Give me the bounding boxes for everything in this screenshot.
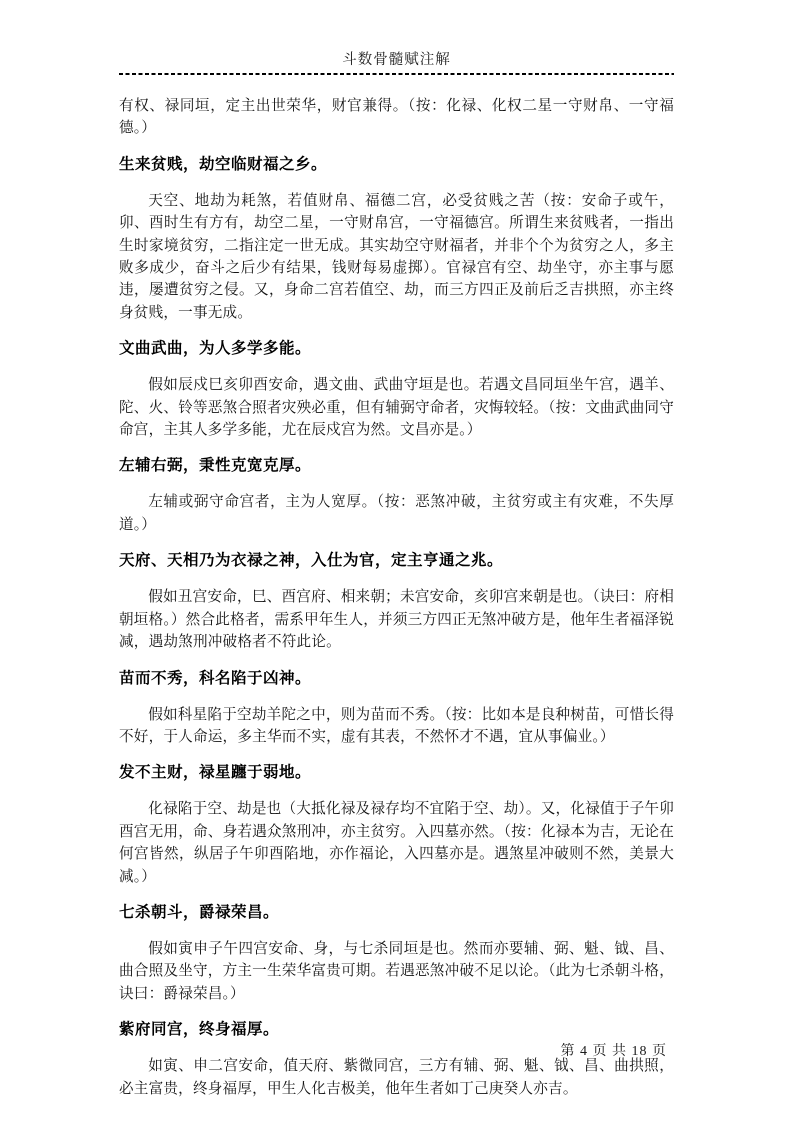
- section-miao-er-bu-xiu: 苗而不秀，科名陷于凶神。 假如科星陷于空劫羊陀之中，则为苗而不秀。（按：比如本是…: [119, 669, 674, 749]
- page-number: 第 4 页 共 18 页: [561, 1040, 668, 1060]
- section-body: 化禄陷于空、劫是也（大抵化禄及禄存均不宜陷于空、劫）。又，化禄值于子午卯酉宫无用…: [119, 798, 674, 888]
- section-tian-fu-tian-xiang: 天府、天相乃为衣禄之神，入仕为官，定主亨通之兆。 假如丑宫安命，巳、酉宫府、相来…: [119, 551, 674, 653]
- section-heading: 紫府同宫，终身福厚。: [119, 1020, 674, 1040]
- section-sheng-lai-pin-jian: 生来贫贱，劫空临财福之乡。 天空、地劫为耗煞，若值财帛、福德二宫，必受贫贱之苦（…: [119, 155, 674, 324]
- section-heading: 文曲武曲，为人多学多能。: [119, 339, 674, 359]
- section-qi-sha-chao-dou: 七杀朝斗，爵禄荣昌。 假如寅申子午四宫安命、身，与七杀同垣是也。然而亦要辅、弼、…: [119, 903, 674, 1005]
- section-heading: 左辅右弼，秉性克宽克厚。: [119, 456, 674, 476]
- section-heading: 天府、天相乃为衣禄之神，入仕为官，定主亨通之兆。: [119, 551, 674, 571]
- section-heading: 苗而不秀，科名陷于凶神。: [119, 669, 674, 689]
- section-fa-bu-zhu-cai: 发不主财，禄星躔于弱地。 化禄陷于空、劫是也（大抵化禄及禄存均不宜陷于空、劫）。…: [119, 763, 674, 888]
- header-title: 斗数骨髓赋注解: [342, 50, 451, 70]
- section-heading: 七杀朝斗，爵禄荣昌。: [119, 903, 674, 923]
- section-body: 假如辰戍巳亥卯酉安命，遇文曲、武曲守垣是也。若遇文昌同垣坐午宫，遇羊、陀、火、铃…: [119, 374, 674, 441]
- document-page: 斗数骨髓赋注解 有权、禄同垣，定主出世荣华，财官兼得。（按：化禄、化权二星一守财…: [0, 0, 793, 1122]
- section-body: 假如丑宫安命，巳、酉宫府、相来朝；未宫安命，亥卯宫来朝是也。（诀曰：府相朝垣格。…: [119, 586, 674, 653]
- section-body: 左辅或弼守命宫者，主为人宽厚。（按：恶煞冲破，主贫穷或主有灾难，不失厚道。）: [119, 491, 674, 536]
- header-divider: [119, 73, 674, 75]
- section-zi-fu-tong-gong: 紫府同宫，终身福厚。 如寅、申二宫安命，值天府、紫微同宫，三方有辅、弼、魁、钺、…: [119, 1020, 674, 1100]
- intro-paragraph: 有权、禄同垣，定主出世荣华，财官兼得。（按：化禄、化权二星一守财帛、一守福德。）: [119, 95, 674, 140]
- document-content: 有权、禄同垣，定主出世荣华，财官兼得。（按：化禄、化权二星一守财帛、一守福德。）…: [119, 95, 674, 1100]
- section-body: 天空、地劫为耗煞，若值财帛、福德二宫，必受贫贱之苦（按：安命子或午，卯、酉时生有…: [119, 190, 674, 324]
- section-body: 假如寅申子午四宫安命、身，与七杀同垣是也。然而亦要辅、弼、魁、钺、昌、曲合照及坐…: [119, 938, 674, 1005]
- section-heading: 生来贫贱，劫空临财福之乡。: [119, 155, 674, 175]
- section-heading: 发不主财，禄星躔于弱地。: [119, 763, 674, 783]
- section-wen-qu-wu-qu: 文曲武曲，为人多学多能。 假如辰戍巳亥卯酉安命，遇文曲、武曲守垣是也。若遇文昌同…: [119, 339, 674, 441]
- section-zuo-fu-you-bi: 左辅右弼，秉性克宽克厚。 左辅或弼守命宫者，主为人宽厚。（按：恶煞冲破，主贫穷或…: [119, 456, 674, 536]
- section-body: 假如科星陷于空劫羊陀之中，则为苗而不秀。（按：比如本是良种树苗，可惜长得不好，于…: [119, 704, 674, 749]
- document-header: 斗数骨髓赋注解: [119, 50, 674, 70]
- section-body: 如寅、申二宫安命，值天府、紫微同宫，三方有辅、弼、魁、钺、昌、曲拱照，必主富贵，…: [119, 1055, 674, 1100]
